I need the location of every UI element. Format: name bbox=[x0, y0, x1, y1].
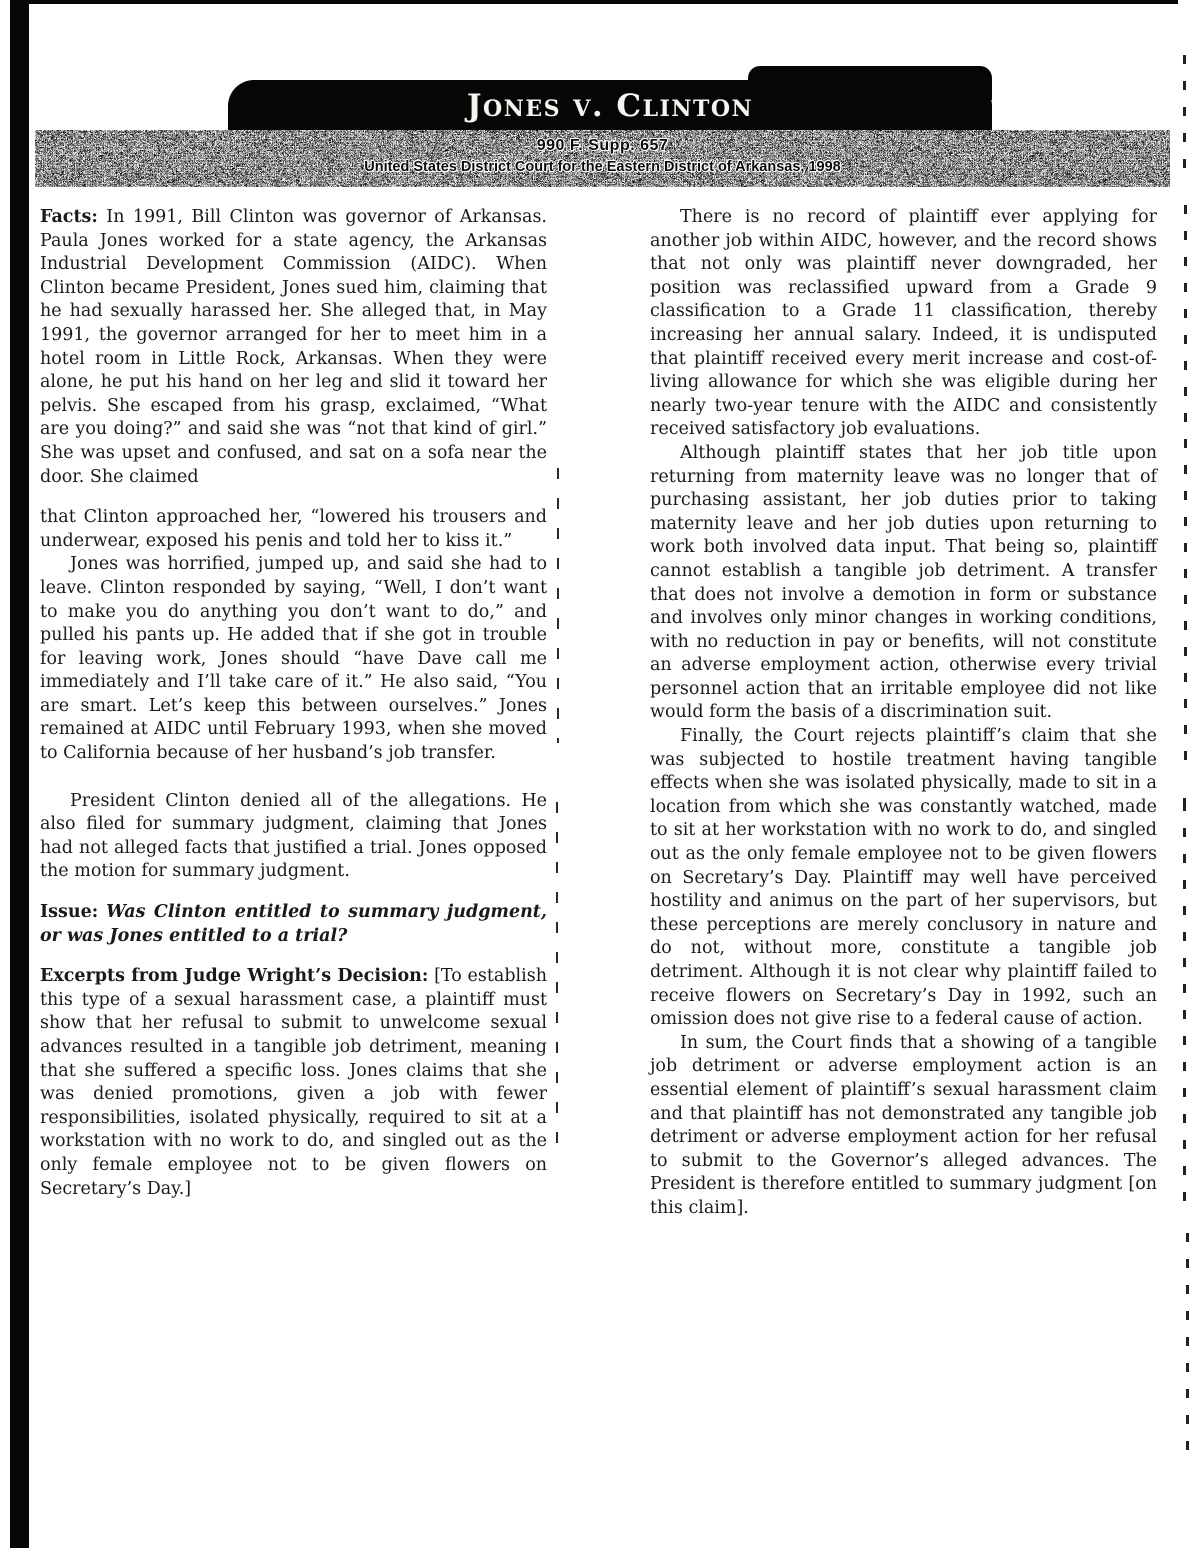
citation-text: 990 F. Supp. 657 bbox=[35, 137, 1170, 155]
excerpts-paragraph: Excerpts from Judge Wright’s Decision: [… bbox=[40, 965, 547, 1201]
facts-label: Facts: bbox=[40, 207, 98, 227]
issue-label: Issue: bbox=[40, 902, 98, 922]
citation-band: 990 F. Supp. 657 United States District … bbox=[35, 130, 1170, 187]
facts-paragraph-2: Jones was horrified, jumped up, and said… bbox=[40, 553, 547, 765]
decision-paragraph: Although plaintiff states that her job t… bbox=[650, 442, 1157, 725]
right-column: There is no record of plaintiff ever app… bbox=[650, 206, 1157, 1221]
scan-artifact bbox=[1183, 55, 1186, 185]
scan-top-line bbox=[10, 0, 1178, 4]
decision-paragraph: There is no record of plaintiff ever app… bbox=[650, 206, 1157, 442]
case-title: Jones v. Clinton bbox=[467, 88, 753, 124]
scan-artifact bbox=[556, 795, 558, 1145]
scanned-case-page: Jones v. Clinton 990 F. Supp. 657 Uni bbox=[0, 0, 1200, 1553]
decision-paragraph: Finally, the Court rejects plaintiff’s c… bbox=[650, 725, 1157, 1032]
court-line: United States District Court for the Eas… bbox=[35, 159, 1170, 175]
scan-artifact bbox=[1183, 790, 1186, 1210]
scan-artifact bbox=[557, 468, 559, 743]
scan-edge-bar bbox=[10, 0, 29, 1548]
case-title-banner: Jones v. Clinton bbox=[228, 80, 992, 132]
issue-paragraph: Issue: Was Clinton entitled to summary j… bbox=[40, 901, 547, 948]
excerpts-label: Excerpts from Judge Wright’s Decision: bbox=[40, 966, 428, 986]
decision-paragraph: In sum, the Court finds that a showing o… bbox=[650, 1032, 1157, 1221]
facts-paragraph: Facts: In 1991, Bill Clinton was governo… bbox=[40, 206, 547, 489]
facts-paragraph-continued: that Clinton approached her, “lowered hi… bbox=[40, 506, 547, 553]
left-column: Facts: In 1991, Bill Clinton was governo… bbox=[40, 206, 547, 1201]
facts-paragraph-3: President Clinton denied all of the alle… bbox=[40, 790, 547, 884]
scan-artifact bbox=[1186, 1230, 1189, 1460]
scan-artifact bbox=[1184, 200, 1187, 760]
